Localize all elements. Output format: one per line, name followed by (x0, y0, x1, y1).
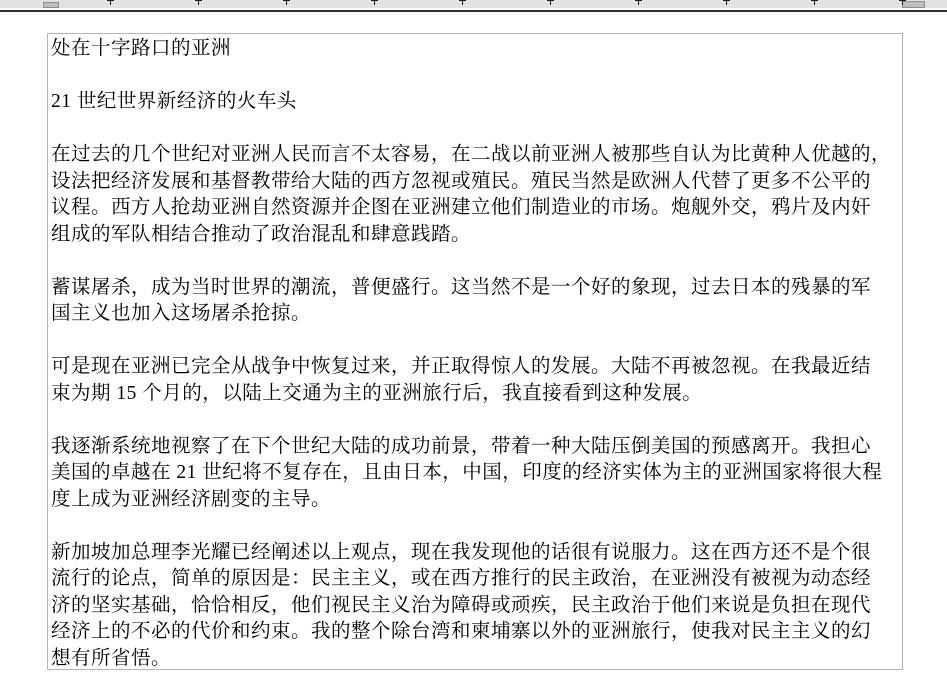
text-line[interactable]: 想有所省悟。 (51, 646, 900, 671)
text-line[interactable]: 蓄谋屠杀，成为当时世界的潮流，普便盛行。这当然不是一个好的象现，过去日本的残暴的… (51, 275, 900, 302)
text-line[interactable]: 新加坡加总理李光耀已经阐述以上观点，现在我发现他的话很有说服力。这在西方还不是个… (51, 540, 900, 567)
ruler-tick-icon (899, 0, 906, 5)
text-line[interactable]: 21 世纪世界新经济的火车头 (51, 89, 900, 116)
text-line[interactable]: 束为期 15 个月的，以陆上交通为主的亚洲旅行后，我直接看到这种发展。 (51, 381, 900, 408)
ruler-tick-icon (283, 0, 290, 5)
text-line[interactable] (51, 248, 900, 275)
ruler-tick-icon (547, 0, 554, 5)
text-line[interactable] (51, 116, 900, 143)
text-line[interactable]: 济的坚实基础，恰恰相反，他们视民主义治为障碍或顽疾，民主政治于他们来说是负担在现… (51, 593, 900, 620)
text-line[interactable] (51, 407, 900, 434)
text-line[interactable]: 设法把经济发展和基督教带给大陆的西方忽视或殖民。殖民当然是欧洲人代替了更多不公平… (51, 169, 900, 196)
document-text: 处在十字路口的亚洲 21 世纪世界新经济的火车头 在过去的几个世纪对亚洲人民而言… (48, 34, 902, 670)
ruler-tick-icon (195, 0, 202, 5)
ruler-tick-icon (811, 0, 818, 5)
ruler-tick-icon (635, 0, 642, 5)
text-line[interactable]: 经济上的不必的代价和约束。我的整个除台湾和柬埔寨以外的亚洲旅行，使我对民主主义的… (51, 619, 900, 646)
ruler-tick-icon (723, 0, 730, 5)
text-line[interactable]: 国主义也加入这场屠杀抢掠。 (51, 301, 900, 328)
text-line[interactable]: 流行的论点，简单的原因是：民主主义，或在西方推行的民主政治，在亚洲没有被视为动态… (51, 566, 900, 593)
text-line[interactable] (51, 513, 900, 540)
text-line[interactable]: 我逐渐系统地视察了在下个世纪大陆的成功前景，带着一种大陆压倒美国的预感离开。我担… (51, 434, 900, 461)
text-line[interactable]: 组成的军队相结合推动了政治混乱和肆意践踏。 (51, 222, 900, 249)
text-line[interactable]: 处在十字路口的亚洲 (51, 36, 900, 63)
text-line[interactable]: 可是现在亚洲已完全从战争中恢复过来，并正取得惊人的发展。大陆不再被忽视。在我最近… (51, 354, 900, 381)
ruler[interactable] (0, 0, 947, 9)
ruler-tick-icon (107, 0, 114, 5)
ruler-tick-icon (371, 0, 378, 5)
text-line[interactable]: 美国的卓越在 21 世纪将不复存在，且由日本，中国，印度的经济实体为主的亚洲国家… (51, 460, 900, 487)
text-line[interactable]: 在过去的几个世纪对亚洲人民而言不太容易，在二战以前亚洲人被那些自认为比黄种人优越… (51, 142, 900, 169)
document-frame[interactable]: 处在十字路口的亚洲 21 世纪世界新经济的火车头 在过去的几个世纪对亚洲人民而言… (47, 33, 903, 670)
text-line[interactable]: 议程。西方人抢劫亚洲自然资源并企图在亚洲建立他们制造业的市场。炮舰外交，鸦片及内… (51, 195, 900, 222)
text-line[interactable]: 度上成为亚洲经济剧变的主导。 (51, 487, 900, 514)
text-line[interactable] (51, 63, 900, 90)
ruler-divider (0, 10, 947, 12)
left-indent-marker-icon[interactable] (43, 2, 59, 8)
text-line[interactable] (51, 328, 900, 355)
ruler-tick-icon (459, 0, 466, 5)
